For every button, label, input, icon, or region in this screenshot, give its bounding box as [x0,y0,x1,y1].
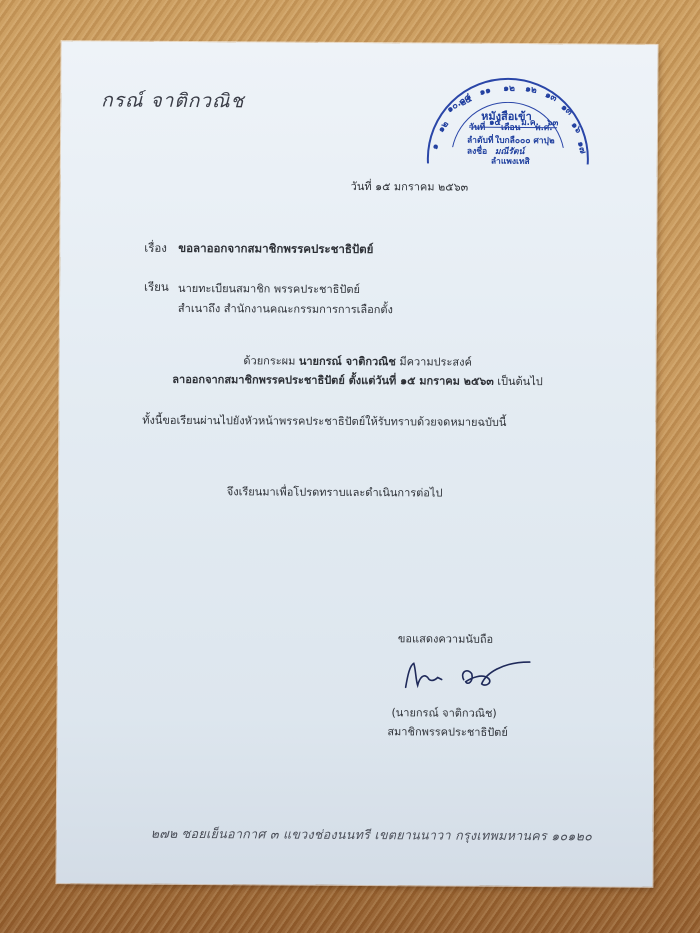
body-line-1-prefix: ด้วยกระผม [243,354,299,367]
signature-image [402,655,542,696]
stamp-name-label: ลงชื่อ [467,144,487,158]
subject-text: ขอลาออกจากสมาชิกพรรคประชาธิปัตย์ [178,240,373,259]
body-line-3: ทั้งนี้ขอเรียนผ่านไปยังหัวหน้าพรรคประชาธ… [142,411,506,431]
stamp-tick: ๑๒ [503,81,515,95]
body-line-2-bold: ลาออกจากสมาชิกพรรคประชาธิปัตย์ ตั้งแต่วั… [172,373,494,388]
closing-line: จึงเรียนมาเพื่อโปรดทราบและดำเนินการต่อไป [227,482,443,501]
body-line-1: ด้วยกระผม นายกรณ์ จาติกวณิช มีความประสงค… [60,350,656,372]
body-line-2-suffix: เป็นต้นไป [494,375,543,388]
body-line-1-name: นายกรณ์ จาติกวณิช [299,355,396,369]
regards-text: ขอแสดงความนับถือ [398,629,493,648]
stamp-tick: ๑๒ [524,81,538,97]
letter-date: วันที่ ๑๕ มกราคม ๒๕๖๓ [351,177,469,196]
signatory-name: (นายกรณ์ จาติกวณิช) [391,703,496,722]
body-line-1-suffix: มีความประสงค์ [396,355,472,368]
letterhead-sender-name: กรณ์ จาติกวณิช [101,85,244,116]
letter-paper: กรณ์ จาติกวณิช ๑๐.๐๔ ๒๕ ๑๑ ๑๒ ๑๒ ๑๓ ๑๓ ๑… [56,41,657,887]
recipient-text: นายทะเบียนสมาชิก พรรคประชาธิปัตย์ [178,279,360,298]
signatory-title: สมาชิกพรรคประชาธิปัตย์ [387,722,508,741]
stamp-footer: ลำแพงเทสิ [491,154,530,165]
footer-address: ๒๗๒ ซอยเย็นอากาศ ๓ แขวงช่องนนทรี เขตยานน… [151,824,593,847]
copy-to-text: สำเนาถึง สำนักงานคณะกรรมการการเลือกตั้ง [178,299,393,318]
recipient-label: เรียน [144,279,169,297]
body-line-2: ลาออกจากสมาชิกพรรคประชาธิปัตย์ ตั้งแต่วั… [59,369,655,391]
subject-label: เรื่อง [144,240,167,258]
received-stamp: ๑๐.๐๔ ๒๕ ๑๑ ๑๒ ๑๒ ๑๓ ๑๓ ๑๖ ๑๗ ๑ ๑๒ หมังส… [423,73,596,164]
